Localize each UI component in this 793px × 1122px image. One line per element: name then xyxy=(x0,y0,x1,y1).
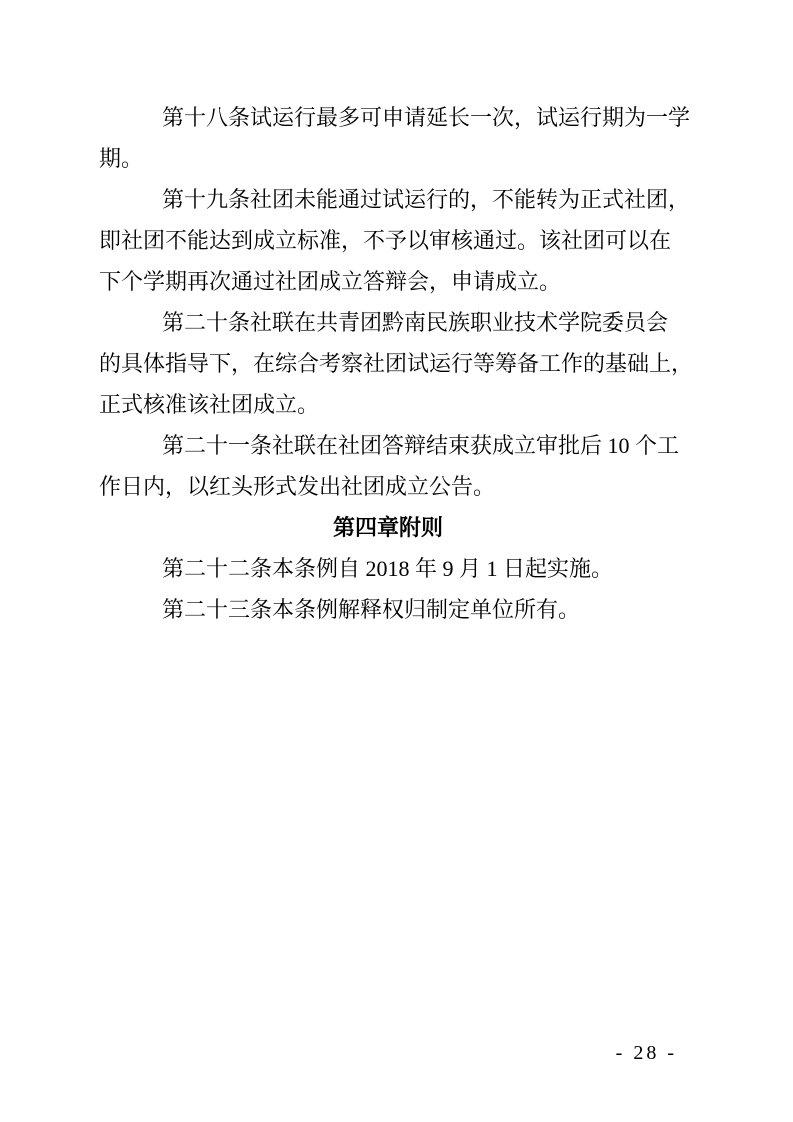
document-line: 期。 xyxy=(99,138,677,179)
document-line: 第二十三条本条例解释权归制定单位所有。 xyxy=(99,589,677,630)
document-line: 第二十二条本条例自 2018 年 9 月 1 日起实施。 xyxy=(99,548,677,589)
document-line: 第二十一条社联在社团答辩结束获成立审批后 10 个工 xyxy=(99,425,677,466)
document-line: 下个学期再次通过社团成立答辩会，申请成立。 xyxy=(99,261,677,302)
document-page: 第十八条试运行最多可申请延长一次，试运行期为一学 期。 第十九条社团未能通过试运… xyxy=(0,0,793,1122)
document-line: 第十九条社团未能通过试运行的，不能转为正式社团， xyxy=(99,179,677,220)
document-line: 正式核准该社团成立。 xyxy=(99,384,677,425)
document-line: 作日内，以红头形式发出社团成立公告。 xyxy=(99,466,677,507)
document-line: 即社团不能达到成立标准，不予以审核通过。该社团可以在 xyxy=(99,220,677,261)
document-text-block: 第十八条试运行最多可申请延长一次，试运行期为一学 期。 第十九条社团未能通过试运… xyxy=(99,97,677,630)
document-line: 第二十条社联在共青团黔南民族职业技术学院委员会 xyxy=(99,302,677,343)
page-number: - 28 - xyxy=(616,1042,677,1064)
document-line: 第十八条试运行最多可申请延长一次，试运行期为一学 xyxy=(99,97,677,138)
section-heading: 第四章附则 xyxy=(99,507,677,548)
document-line: 的具体指导下，在综合考察社团试运行等筹备工作的基础上， xyxy=(99,343,677,384)
